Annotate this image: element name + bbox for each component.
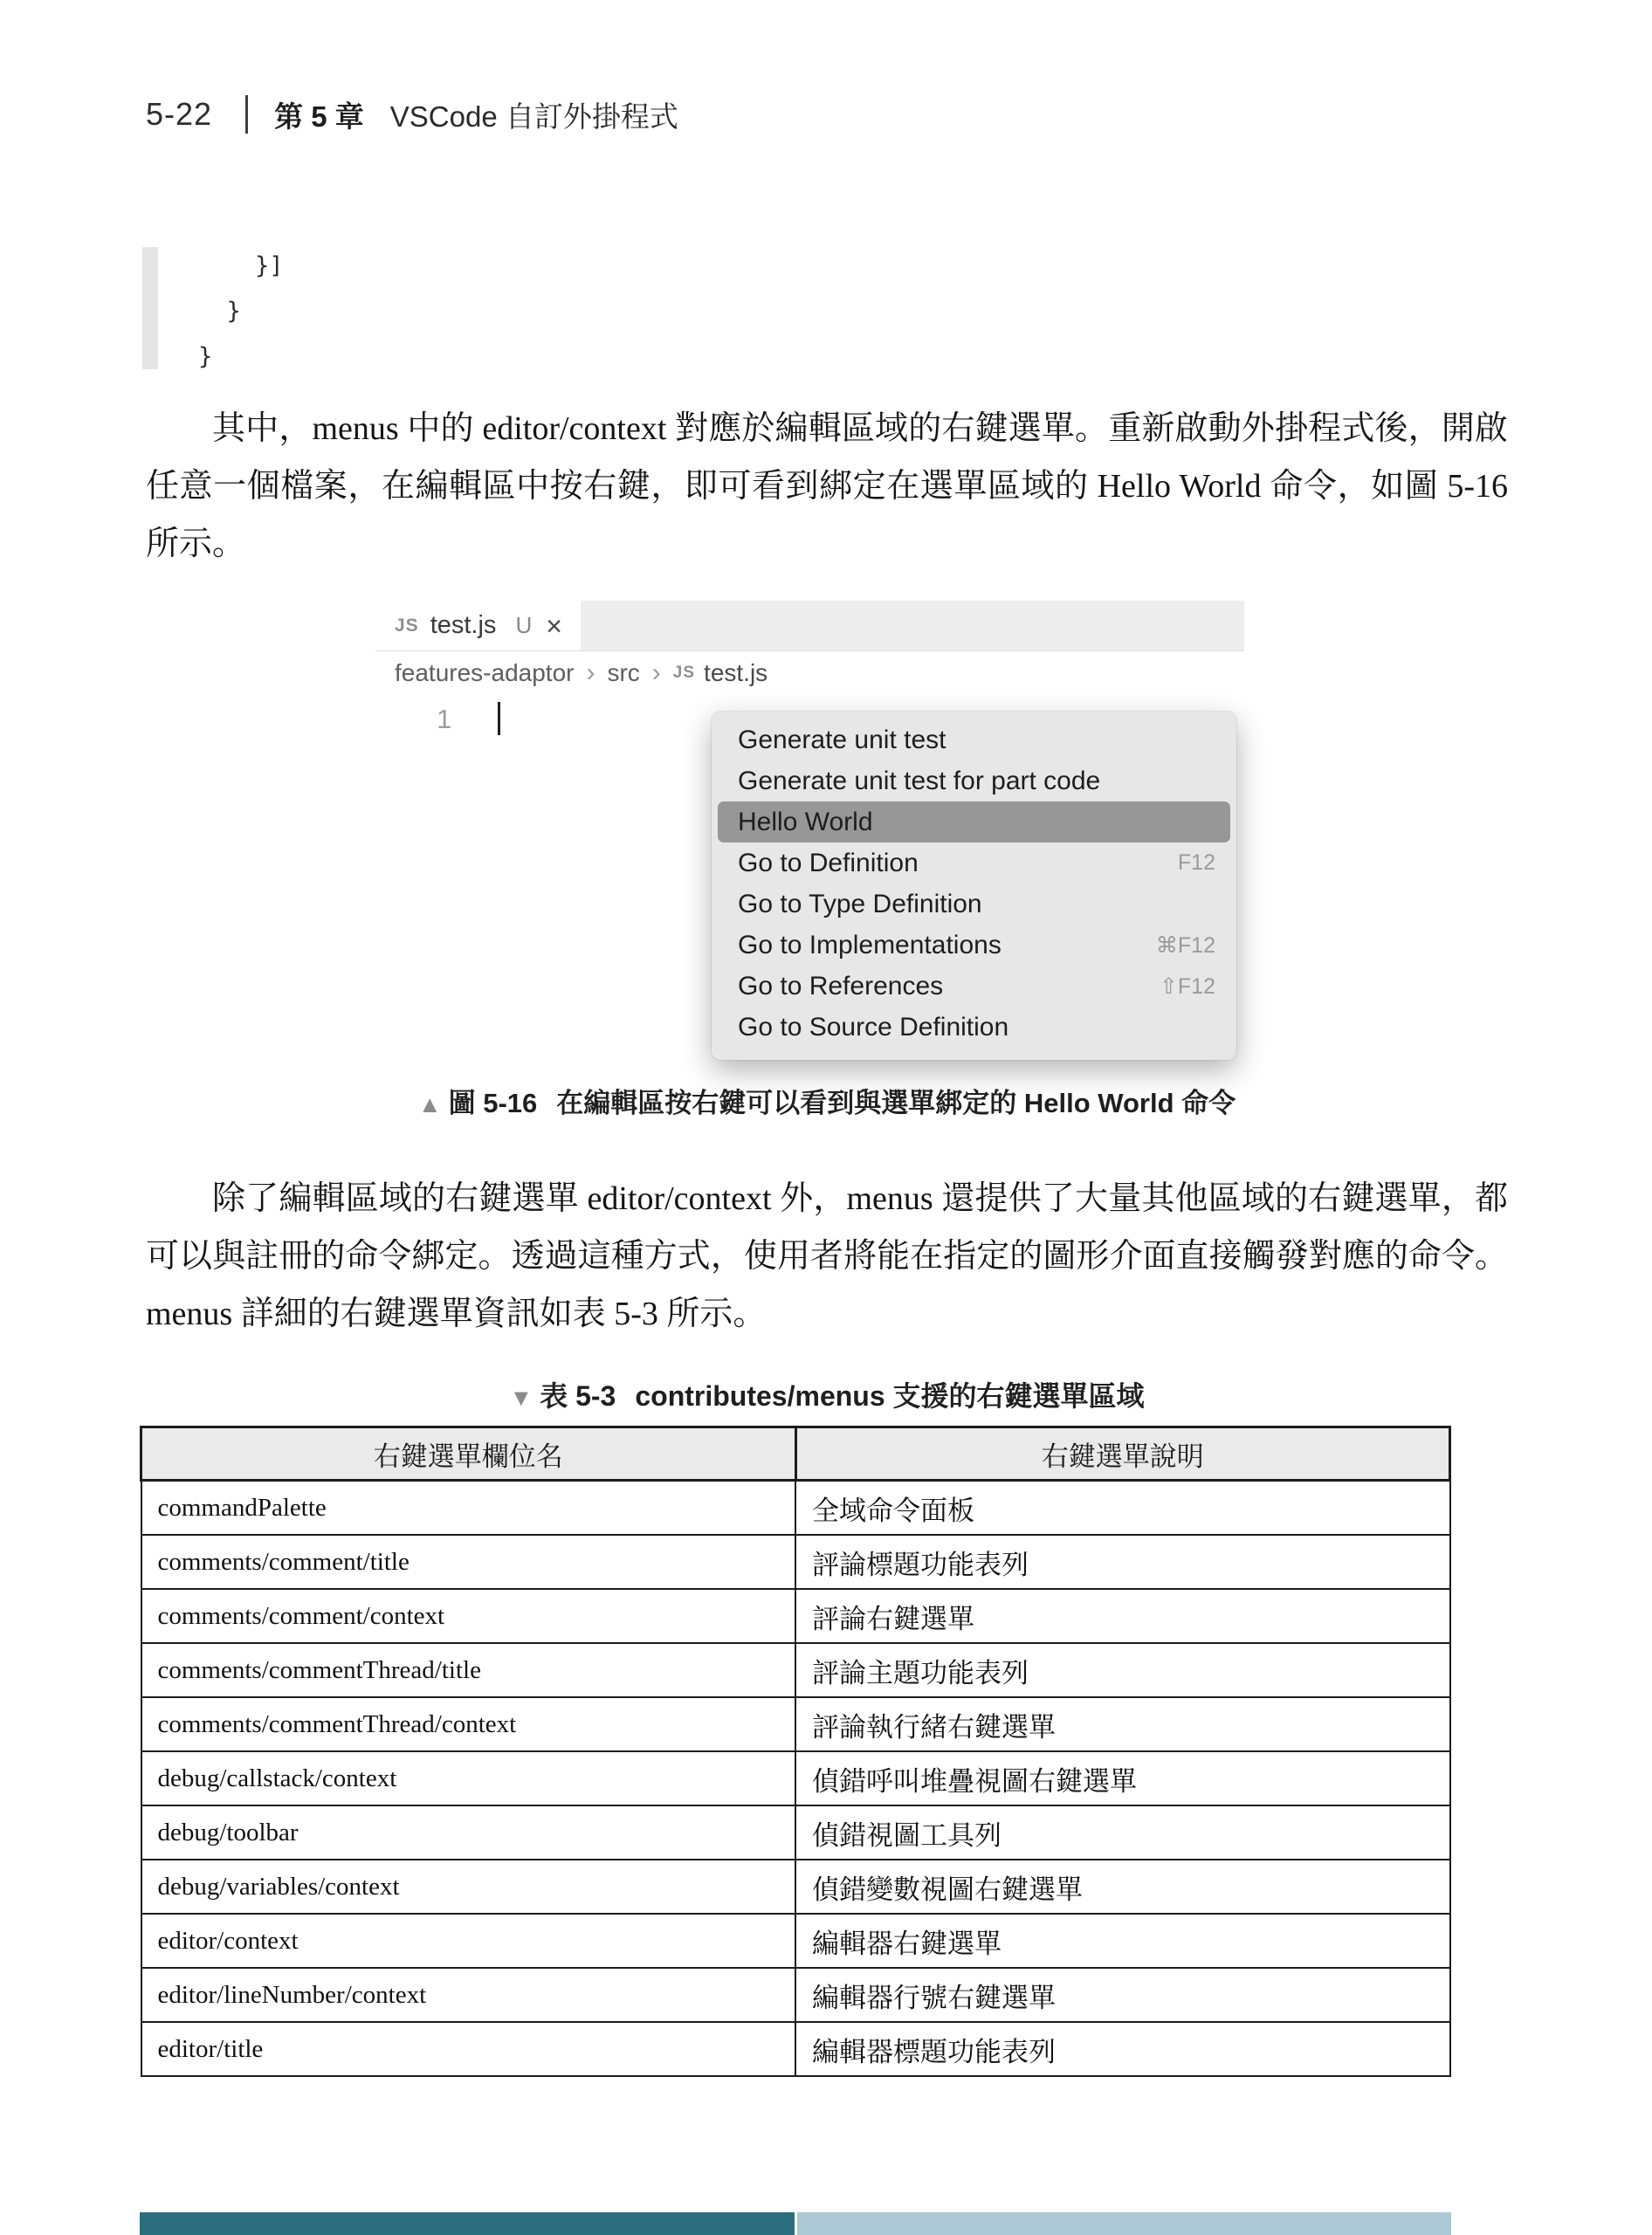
close-icon[interactable]: × — [546, 612, 562, 640]
chevron-right-icon: › — [652, 658, 661, 688]
chapter-title: VSCode 自訂外掛程式 — [390, 94, 678, 135]
breadcrumb-folder[interactable]: features-adaptor — [395, 659, 574, 687]
breadcrumb-folder[interactable]: src — [607, 659, 639, 687]
menu-desc-cell: 偵錯呼叫堆疊視圖右鍵選單 — [795, 1751, 1450, 1805]
menu-desc-cell: 全域命令面板 — [795, 1481, 1450, 1536]
table-caption: ▼表 5-3contributes/menus 支援的右鍵選單區域 — [146, 1374, 1508, 1414]
menu-field-cell: comments/comment/context — [141, 1589, 796, 1643]
code-line-3: } — [198, 343, 212, 370]
menu-item-generate-unit-test-part[interactable]: Generate unit test for part code — [712, 760, 1236, 801]
menu-desc-cell: 評論主題功能表列 — [795, 1643, 1450, 1697]
code-lines: }] } } — [198, 244, 284, 380]
code-line-2: } — [198, 298, 241, 325]
tab-filename: test.js — [430, 611, 497, 640]
partial-row-right-cell — [797, 2212, 1451, 2235]
menu-item-go-to-type-definition[interactable]: Go to Type Definition — [712, 884, 1236, 925]
menu-field-cell: editor/lineNumber/context — [141, 1968, 796, 2022]
editor-tab-bar: JS test.js U × — [375, 601, 1244, 651]
menus-table: 右鍵選單欄位名 右鍵選單說明 commandPalette 全域命令面板 com… — [140, 1426, 1451, 2077]
menu-field-cell: comments/commentThread/title — [141, 1643, 796, 1697]
book-page: 5-22 第 5 章 VSCode 自訂外掛程式 }] } } 其中，menus… — [0, 0, 1652, 2235]
page-header: 5-22 第 5 章 VSCode 自訂外掛程式 — [146, 84, 1535, 145]
menu-item-go-to-source-definition[interactable]: Go to Source Definition — [712, 1007, 1236, 1048]
menu-desc-cell: 偵錯視圖工具列 — [795, 1805, 1450, 1860]
menu-field-cell: debug/callstack/context — [141, 1751, 796, 1805]
menu-desc-cell: 評論右鍵選單 — [795, 1589, 1450, 1643]
code-block-side-bar — [142, 247, 158, 369]
vscode-screenshot-figure: JS test.js U × features-adaptor › src › … — [375, 601, 1244, 1063]
menu-item-go-to-implementations[interactable]: Go to Implementations ⌘F12 — [712, 925, 1236, 966]
column-header-field: 右鍵選單欄位名 — [141, 1427, 796, 1481]
table-row: debug/callstack/context 偵錯呼叫堆疊視圖右鍵選單 — [141, 1751, 1450, 1805]
menu-desc-cell: 偵錯變數視圖右鍵選單 — [795, 1860, 1450, 1914]
context-menu: Generate unit test Generate unit test fo… — [712, 712, 1236, 1060]
table-row: editor/context 編輯器右鍵選單 — [141, 1914, 1450, 1968]
triangle-up-icon: ▲ — [418, 1091, 442, 1117]
table-row: comments/commentThread/context 評論執行緒右鍵選單 — [141, 1697, 1450, 1751]
menu-item-label: Go to References — [738, 972, 943, 1001]
menu-item-go-to-references[interactable]: Go to References ⇧F12 — [712, 966, 1236, 1007]
body-paragraph-1: 其中，menus 中的 editor/context 對應於編輯區域的右鍵選單。… — [146, 400, 1508, 573]
menu-item-label: Go to Implementations — [738, 931, 1002, 960]
figure-caption: ▲圖 5-16在編輯區按右鍵可以看到與選單綁定的 Hello World 命令 — [146, 1081, 1508, 1120]
menu-field-cell: comments/comment/title — [141, 1535, 796, 1589]
table-row: commandPalette 全域命令面板 — [141, 1481, 1450, 1536]
menu-item-label: Go to Definition — [738, 849, 919, 878]
menu-item-label: Hello World — [738, 808, 873, 837]
menu-field-cell: debug/toolbar — [141, 1805, 796, 1860]
menu-item-label: Generate unit test — [738, 726, 946, 755]
menu-item-go-to-definition[interactable]: Go to Definition F12 — [712, 842, 1236, 884]
line-number: 1 — [437, 704, 451, 735]
table-row: comments/commentThread/title 評論主題功能表列 — [141, 1643, 1450, 1697]
figure-caption-text: 在編輯區按右鍵可以看到與選單綁定的 Hello World 命令 — [556, 1088, 1236, 1118]
menu-desc-cell: 編輯器標題功能表列 — [795, 2022, 1450, 2076]
body-paragraph-2: 除了編輯區域的右鍵選單 editor/context 外，menus 還提供了大… — [146, 1170, 1508, 1343]
menu-field-cell: editor/title — [141, 2022, 796, 2076]
javascript-file-icon: JS — [673, 664, 695, 683]
menu-desc-cell: 編輯器右鍵選單 — [795, 1914, 1450, 1968]
table-row: comments/comment/context 評論右鍵選單 — [141, 1589, 1450, 1643]
table-header-row: 右鍵選單欄位名 右鍵選單說明 — [141, 1427, 1450, 1481]
table-row: comments/comment/title 評論標題功能表列 — [141, 1535, 1450, 1589]
menu-field-cell: editor/context — [141, 1914, 796, 1968]
git-untracked-badge: U — [515, 612, 532, 639]
menu-item-shortcut: ⌘F12 — [1156, 932, 1215, 959]
chapter-label: 第 5 章 — [274, 94, 364, 135]
menu-field-cell: commandPalette — [141, 1481, 796, 1536]
text-cursor — [498, 702, 500, 735]
page-number: 5-22 — [146, 96, 212, 133]
table-caption-title: contributes/menus 支援的右鍵選單區域 — [635, 1380, 1144, 1412]
menu-item-generate-unit-test[interactable]: Generate unit test — [712, 719, 1236, 760]
table-row: editor/lineNumber/context 編輯器行號右鍵選單 — [141, 1968, 1450, 2022]
partial-next-table-row — [140, 2212, 1451, 2235]
table-row: editor/title 編輯器標題功能表列 — [141, 2022, 1450, 2076]
table-caption-label: 表 5-3 — [540, 1380, 616, 1412]
chevron-right-icon: › — [586, 658, 595, 688]
tab-test-js[interactable]: JS test.js U × — [375, 601, 581, 650]
code-block: }] } } — [142, 247, 666, 369]
menu-field-cell: debug/variables/context — [141, 1860, 796, 1914]
menu-desc-cell: 評論標題功能表列 — [795, 1535, 1450, 1589]
menu-item-hello-world[interactable]: Hello World — [718, 801, 1230, 842]
partial-row-left-cell — [140, 2212, 795, 2235]
triangle-down-icon: ▼ — [509, 1385, 533, 1411]
menu-desc-cell: 評論執行緒右鍵選單 — [795, 1697, 1450, 1751]
menu-item-label: Go to Type Definition — [738, 890, 982, 919]
menu-item-shortcut: ⇧F12 — [1160, 973, 1215, 1000]
table-row: debug/variables/context 偵錯變數視圖右鍵選單 — [141, 1860, 1450, 1914]
header-divider — [245, 95, 248, 134]
code-line-1: }] — [198, 252, 284, 279]
breadcrumb-file[interactable]: test.js — [704, 659, 767, 687]
javascript-file-icon: JS — [395, 615, 419, 636]
menu-item-label: Go to Source Definition — [738, 1013, 1008, 1042]
menu-field-cell: comments/commentThread/context — [141, 1697, 796, 1751]
breadcrumb: features-adaptor › src › JS test.js — [375, 651, 1244, 695]
table-row: debug/toolbar 偵錯視圖工具列 — [141, 1805, 1450, 1860]
menu-desc-cell: 編輯器行號右鍵選單 — [795, 1968, 1450, 2022]
menu-item-shortcut: F12 — [1178, 850, 1215, 876]
column-header-description: 右鍵選單說明 — [795, 1427, 1450, 1481]
figure-caption-label: 圖 5-16 — [449, 1088, 538, 1118]
menu-item-label: Generate unit test for part code — [738, 767, 1100, 796]
